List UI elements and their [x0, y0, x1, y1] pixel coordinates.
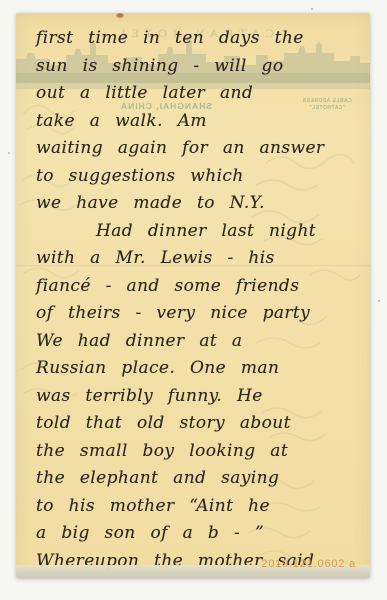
letter-line: Russian place. One man	[36, 355, 366, 383]
letter-body: first time in ten days the sun is shinin…	[36, 25, 366, 575]
letter-line: of theirs - very nice party	[36, 300, 366, 328]
letter-line: a big son of a b - ”	[36, 520, 366, 548]
letter-line: fiancé - and some friends	[36, 273, 366, 301]
letter-line: the elephant and saying	[36, 465, 366, 493]
catalog-number: 2019.121.0602 a	[261, 558, 356, 570]
letter-page: CATHAY HOTEL SHANGHAI, CHINA CABLE ADDRE…	[16, 13, 370, 578]
letter-line: was terribly funny. He	[36, 383, 366, 411]
letter-line: to his mother “Aint he	[36, 493, 366, 521]
letter-line: out a little later and	[36, 80, 366, 108]
letter-line: take a walk. Am	[36, 108, 366, 136]
letter-line: the small boy looking at	[36, 438, 366, 466]
letter-line: sun is shining - will go	[36, 53, 366, 81]
letter-line: told that old story about	[36, 410, 366, 438]
dust-speck	[8, 152, 10, 154]
letter-line: first time in ten days the	[36, 25, 366, 53]
dust-speck	[378, 300, 380, 302]
dust-speck	[311, 8, 313, 10]
letter-line: with a Mr. Lewis - his	[36, 245, 366, 273]
letter-line: waiting again for an answer	[36, 135, 366, 163]
letter-line: we have made to N.Y.	[36, 190, 366, 218]
letter-line: We had dinner at a	[36, 328, 366, 356]
letter-line: Had dinner last night	[36, 218, 366, 246]
letter-line: to suggestions which	[36, 163, 366, 191]
